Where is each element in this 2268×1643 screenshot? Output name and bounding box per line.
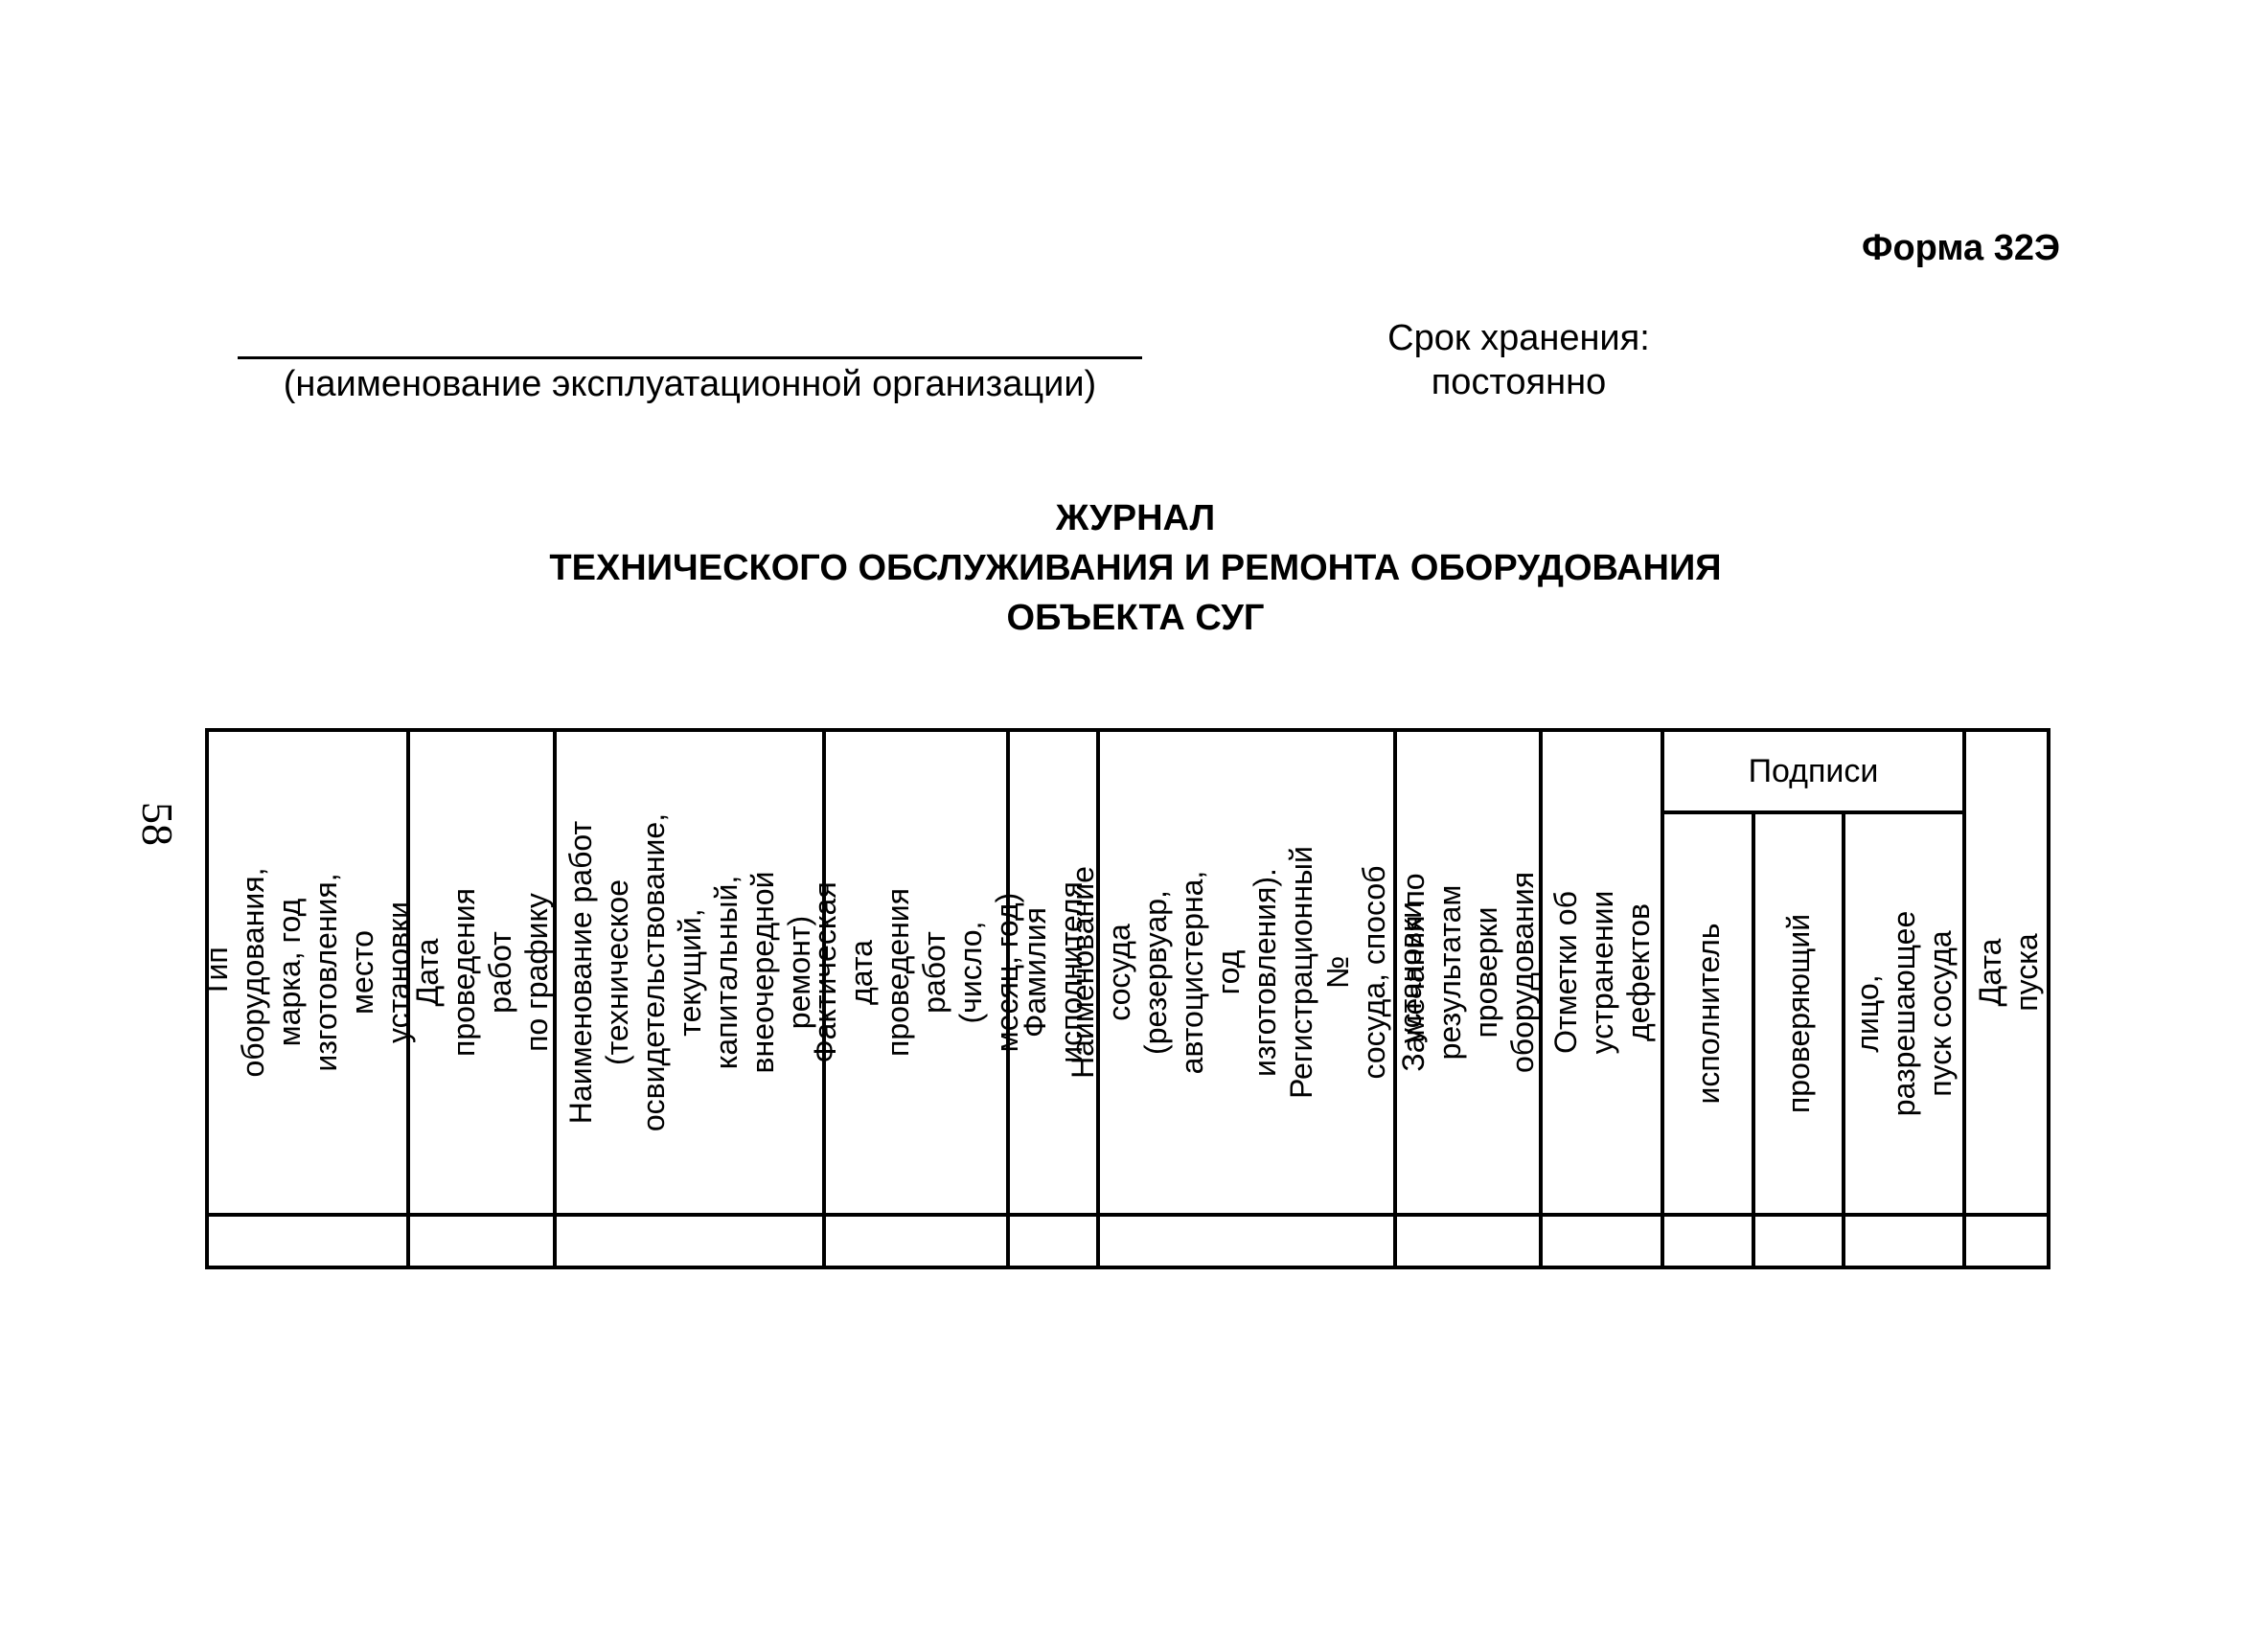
header-cell-label: Отметки об устранении дефектов <box>1547 891 1657 1055</box>
table-cell[interactable] <box>1752 1213 1842 1269</box>
retention-period: Срок хранения: постоянно <box>1361 316 1677 404</box>
table-cell[interactable] <box>205 1213 406 1269</box>
form-number: Форма 32Э <box>1782 228 2060 269</box>
header-cell: Отметки об устранении дефектов <box>1539 728 1661 1213</box>
table-cell[interactable] <box>1006 1213 1096 1269</box>
table-cell[interactable] <box>1539 1213 1661 1269</box>
header-cell: исполнитель <box>1661 810 1752 1213</box>
retention-label: Срок хранения: <box>1361 316 1677 360</box>
header-cell-label: проверяющий <box>1780 914 1817 1113</box>
retention-value: постоянно <box>1361 360 1677 404</box>
header-cell-label: Дата пуска <box>1972 933 2045 1011</box>
header-cell: проверяющий <box>1752 810 1842 1213</box>
header-cell: лицо, разрешающее пуск сосуда <box>1842 810 1962 1213</box>
table-cell[interactable] <box>1393 1213 1539 1269</box>
header-cell-label: лицо, разрешающее пуск сосуда <box>1849 911 1959 1117</box>
organization-caption: (наименование эксплуатационной организац… <box>211 362 1169 406</box>
header-cell: Наименование сосуда (резервуар, автоцист… <box>1096 728 1393 1213</box>
table-cell[interactable] <box>1962 1213 2050 1269</box>
header-cell: Дата пуска <box>1962 728 2050 1213</box>
table-cell[interactable] <box>406 1213 553 1269</box>
header-group-signatures: Подписи <box>1661 728 1962 810</box>
header-cell-label: Наименование сосуда (резервуар, автоцист… <box>1065 846 1429 1099</box>
organization-name-field[interactable] <box>238 356 1142 359</box>
header-cell-label: Фактическая дата проведения работ (число… <box>807 881 1025 1062</box>
header-cell-label: Тип оборудования, марка, год изготовлени… <box>198 868 417 1078</box>
header-cell: Дата проведения работ по графику <box>406 728 553 1213</box>
table-cell[interactable] <box>1096 1213 1393 1269</box>
table-cell[interactable] <box>553 1213 822 1269</box>
header-group-label: Подписи <box>1664 732 1962 810</box>
title-line-3: ОБЪЕКТА СУГ <box>287 593 1983 643</box>
table-cell[interactable] <box>1661 1213 1752 1269</box>
header-cell: Замечания по результатам проверки оборуд… <box>1393 728 1539 1213</box>
table-cell[interactable] <box>822 1213 1006 1269</box>
table-cell[interactable] <box>1842 1213 1962 1269</box>
journal-table: ПодписиТип оборудования, марка, год изго… <box>205 728 2050 1269</box>
page-number: 58 <box>129 781 187 867</box>
title-line-2: ТЕХНИЧЕСКОГО ОБСЛУЖИВАНИЯ И РЕМОНТА ОБОР… <box>287 543 1983 593</box>
journal-title: ЖУРНАЛ ТЕХНИЧЕСКОГО ОБСЛУЖИВАНИЯ И РЕМОН… <box>287 493 1983 643</box>
header-cell-label: Наименование работ (техническое освидете… <box>562 813 817 1131</box>
header-cell: Наименование работ (техническое освидете… <box>553 728 822 1213</box>
title-line-1: ЖУРНАЛ <box>287 493 1983 543</box>
header-cell-label: Замечания по результатам проверки оборуд… <box>1395 872 1541 1073</box>
header-cell: Фактическая дата проведения работ (число… <box>822 728 1006 1213</box>
header-cell: Тип оборудования, марка, год изготовлени… <box>205 728 406 1213</box>
header-cell-label: Дата проведения работ по графику <box>409 888 555 1057</box>
header-cell-label: исполнитель <box>1690 924 1727 1105</box>
